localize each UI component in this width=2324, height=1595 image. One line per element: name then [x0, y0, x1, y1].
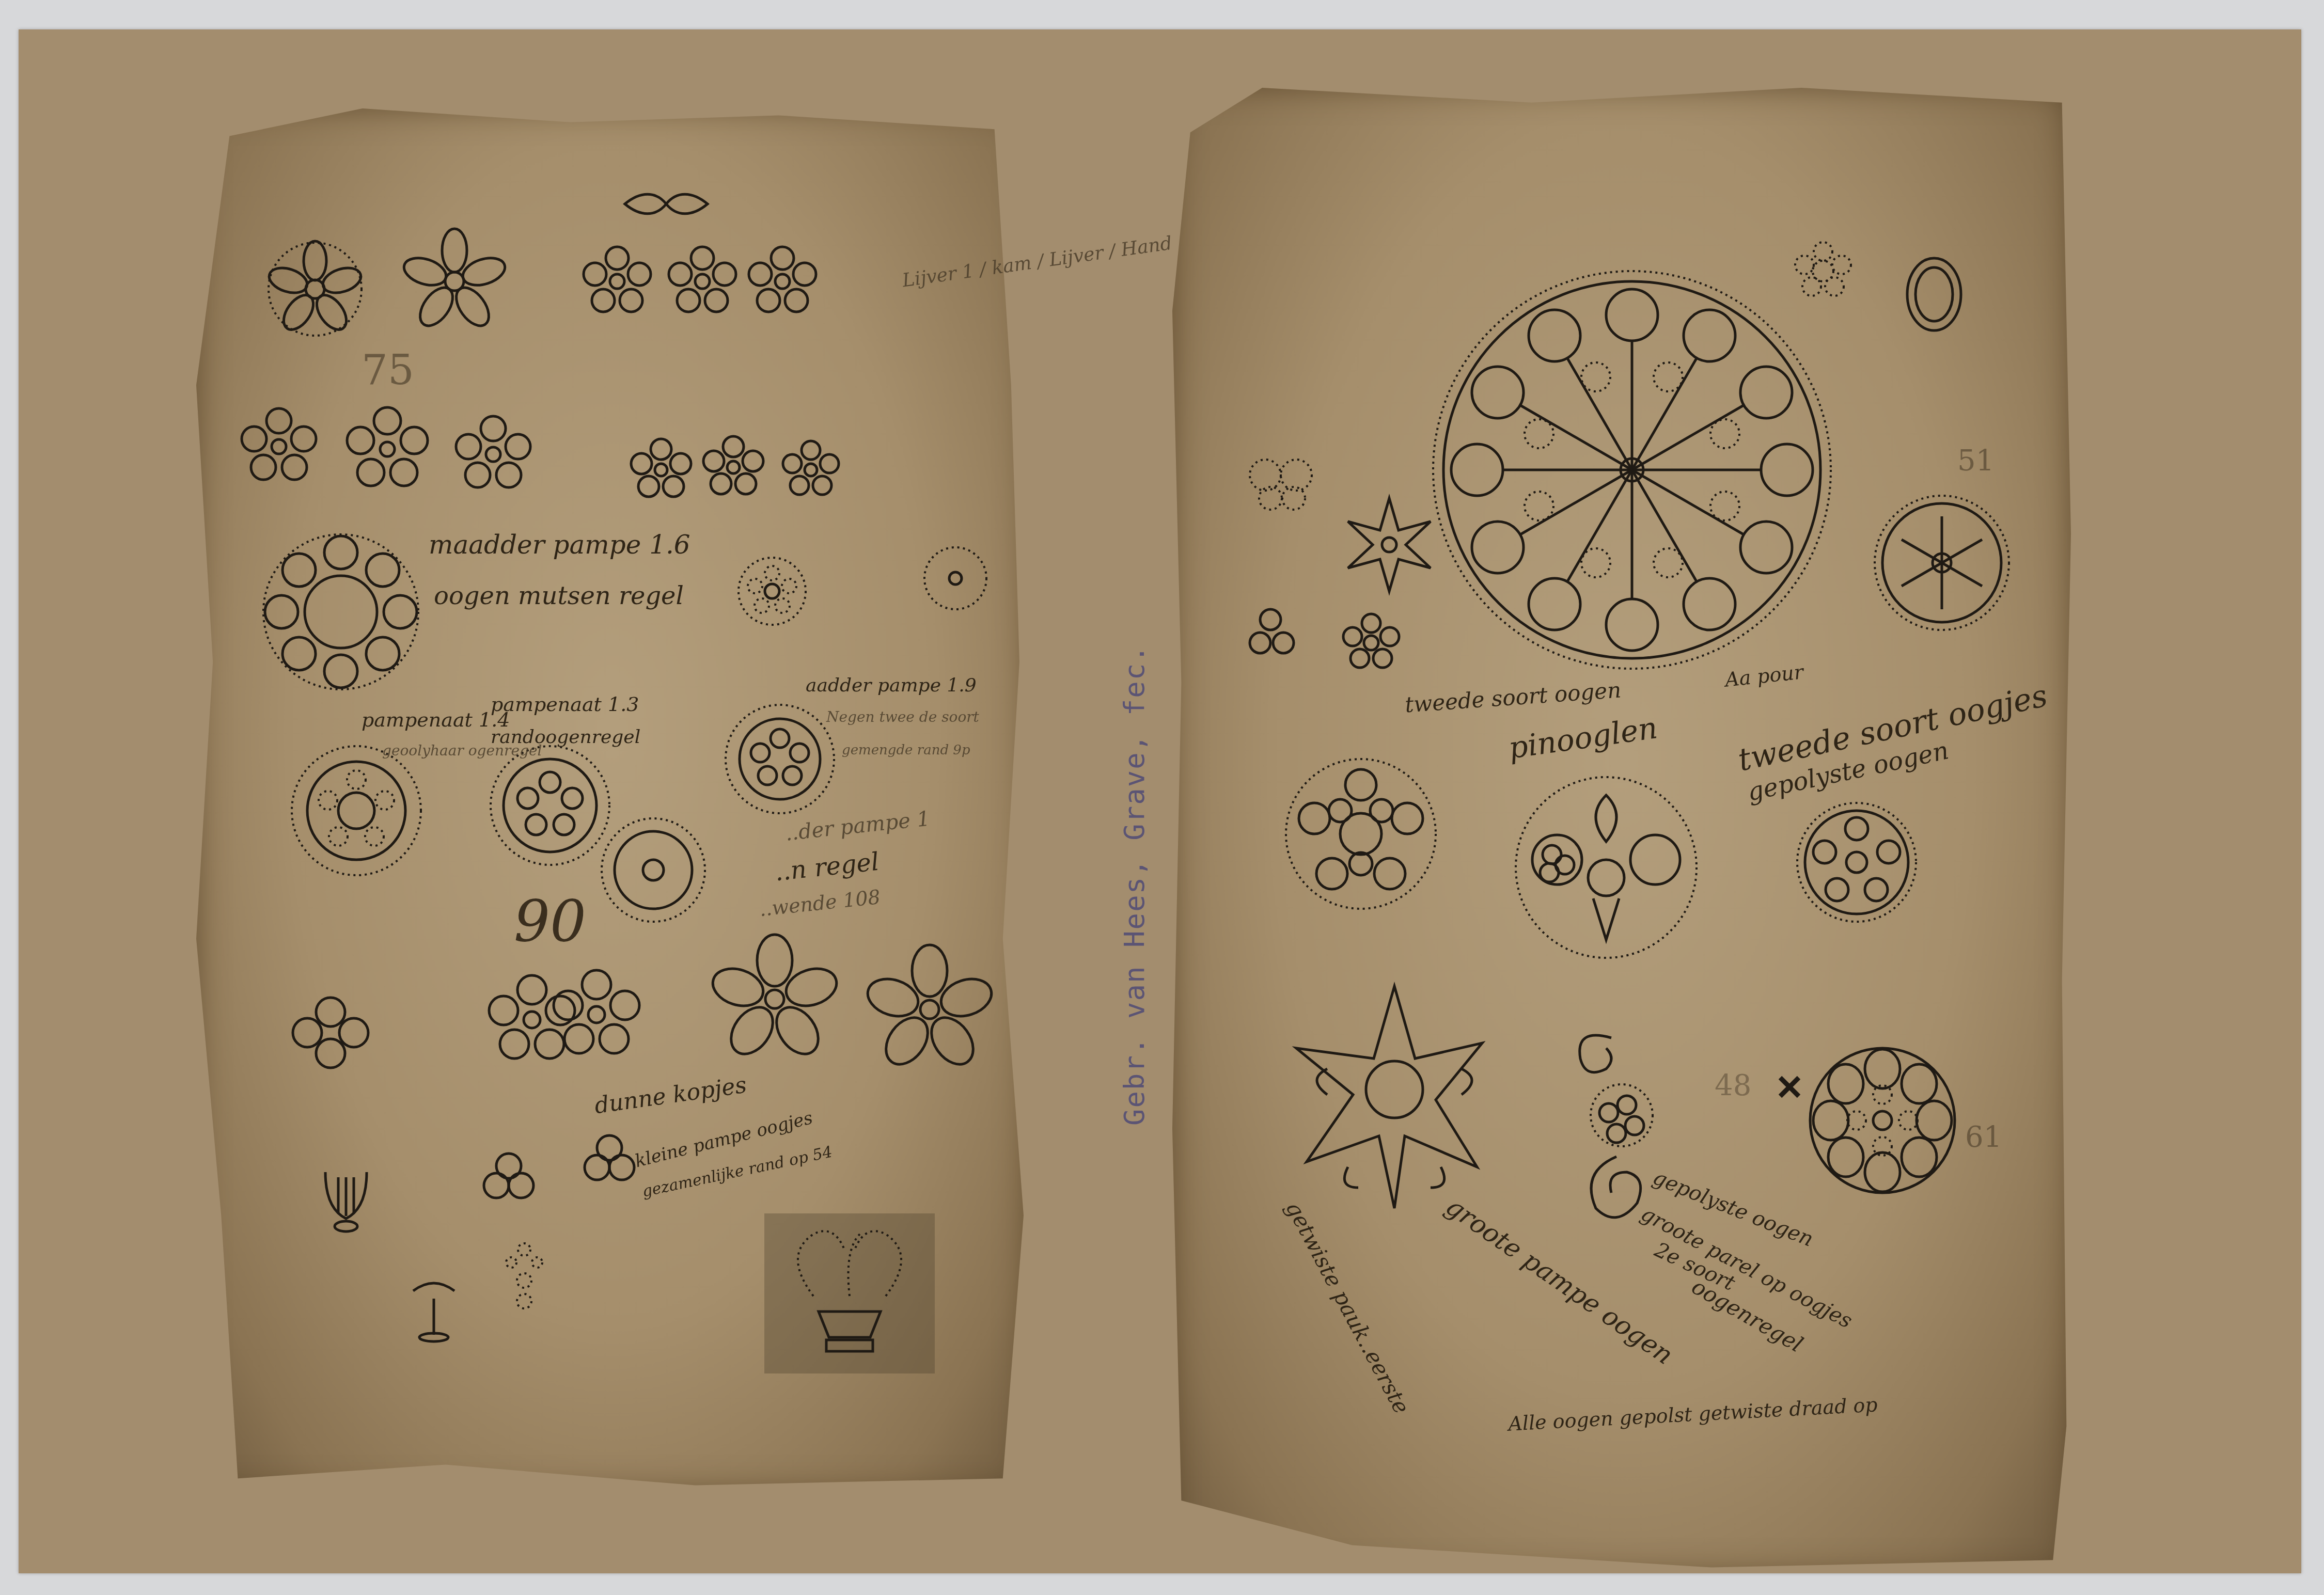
- drop-chain-ornament: [506, 1243, 542, 1308]
- note-oogen-mutsen-regel: oogen mutsen regel: [434, 583, 684, 608]
- fleur-de-lis-ornament: [1516, 777, 1697, 958]
- note-negen-tweede-soort: Negen twee de soort: [826, 710, 979, 724]
- note-gemengde-rand: gemengde rand 9p: [842, 744, 970, 757]
- trefoil-ornament-2: [585, 1135, 634, 1180]
- small-circles-cluster: [1250, 609, 1294, 653]
- flower-rosettes-row1: [266, 229, 816, 336]
- x-mark: [1780, 1078, 1799, 1096]
- ring-of-eyes-ornament: [263, 534, 418, 689]
- page-number-61: 61: [1965, 1120, 2002, 1154]
- pampenaat-disc-13: [491, 746, 609, 865]
- maker-stamp: Gebr. van Hees, Grave, fec.: [1118, 644, 1151, 1126]
- seven-point-star: [1296, 986, 1482, 1208]
- pampenaat-disc-14: [292, 746, 421, 875]
- page-number-90: 90: [514, 888, 586, 954]
- oval-ring: [1907, 258, 1961, 330]
- note-pampenaat-1-4: pampenaat 1.4: [362, 710, 510, 730]
- butterfly-dotted: [1250, 460, 1312, 510]
- cluster-eyes-rosette: [1286, 759, 1436, 909]
- trefoil-ornament: [484, 1154, 533, 1198]
- infinity-ornament: [625, 194, 708, 214]
- flower-rosettes-row3: [293, 935, 996, 1072]
- medallion-disc-right: [1875, 496, 2009, 630]
- lyre-ornament: [325, 1172, 367, 1231]
- flowerpot-engraving: [764, 1213, 935, 1373]
- large-rose-window-disc: [1433, 271, 1831, 669]
- page-number-75: 75: [362, 346, 414, 394]
- small-disc: [602, 818, 705, 922]
- page-number-51: 51: [1957, 444, 1994, 478]
- note-pampenaat-1-3: pampenaat 1.3: [491, 694, 639, 714]
- rosette-disc-middle: [1797, 803, 1916, 922]
- page-number-48: 48: [1715, 1069, 1751, 1102]
- flower-rosettes-row2: [242, 407, 839, 497]
- scroll-cluster-ornament: [1580, 1035, 1653, 1218]
- small-flower: [1343, 614, 1399, 668]
- rosette-disc-bottom: [1810, 1048, 1955, 1193]
- aadder-disc: [726, 705, 834, 813]
- note-maadder-pampe: maadder pampe 1.6: [429, 532, 690, 558]
- six-point-star: [1348, 498, 1431, 591]
- note-randoogenregel: randoogenregel: [491, 728, 640, 747]
- dotted-rosette-edge: [924, 547, 986, 609]
- dotted-rosette: [739, 558, 806, 625]
- cup-ornament: [413, 1283, 454, 1341]
- note-aadder-pampe: aadder pampe 1.9: [806, 676, 977, 695]
- small-dotted-cluster: [1795, 242, 1851, 296]
